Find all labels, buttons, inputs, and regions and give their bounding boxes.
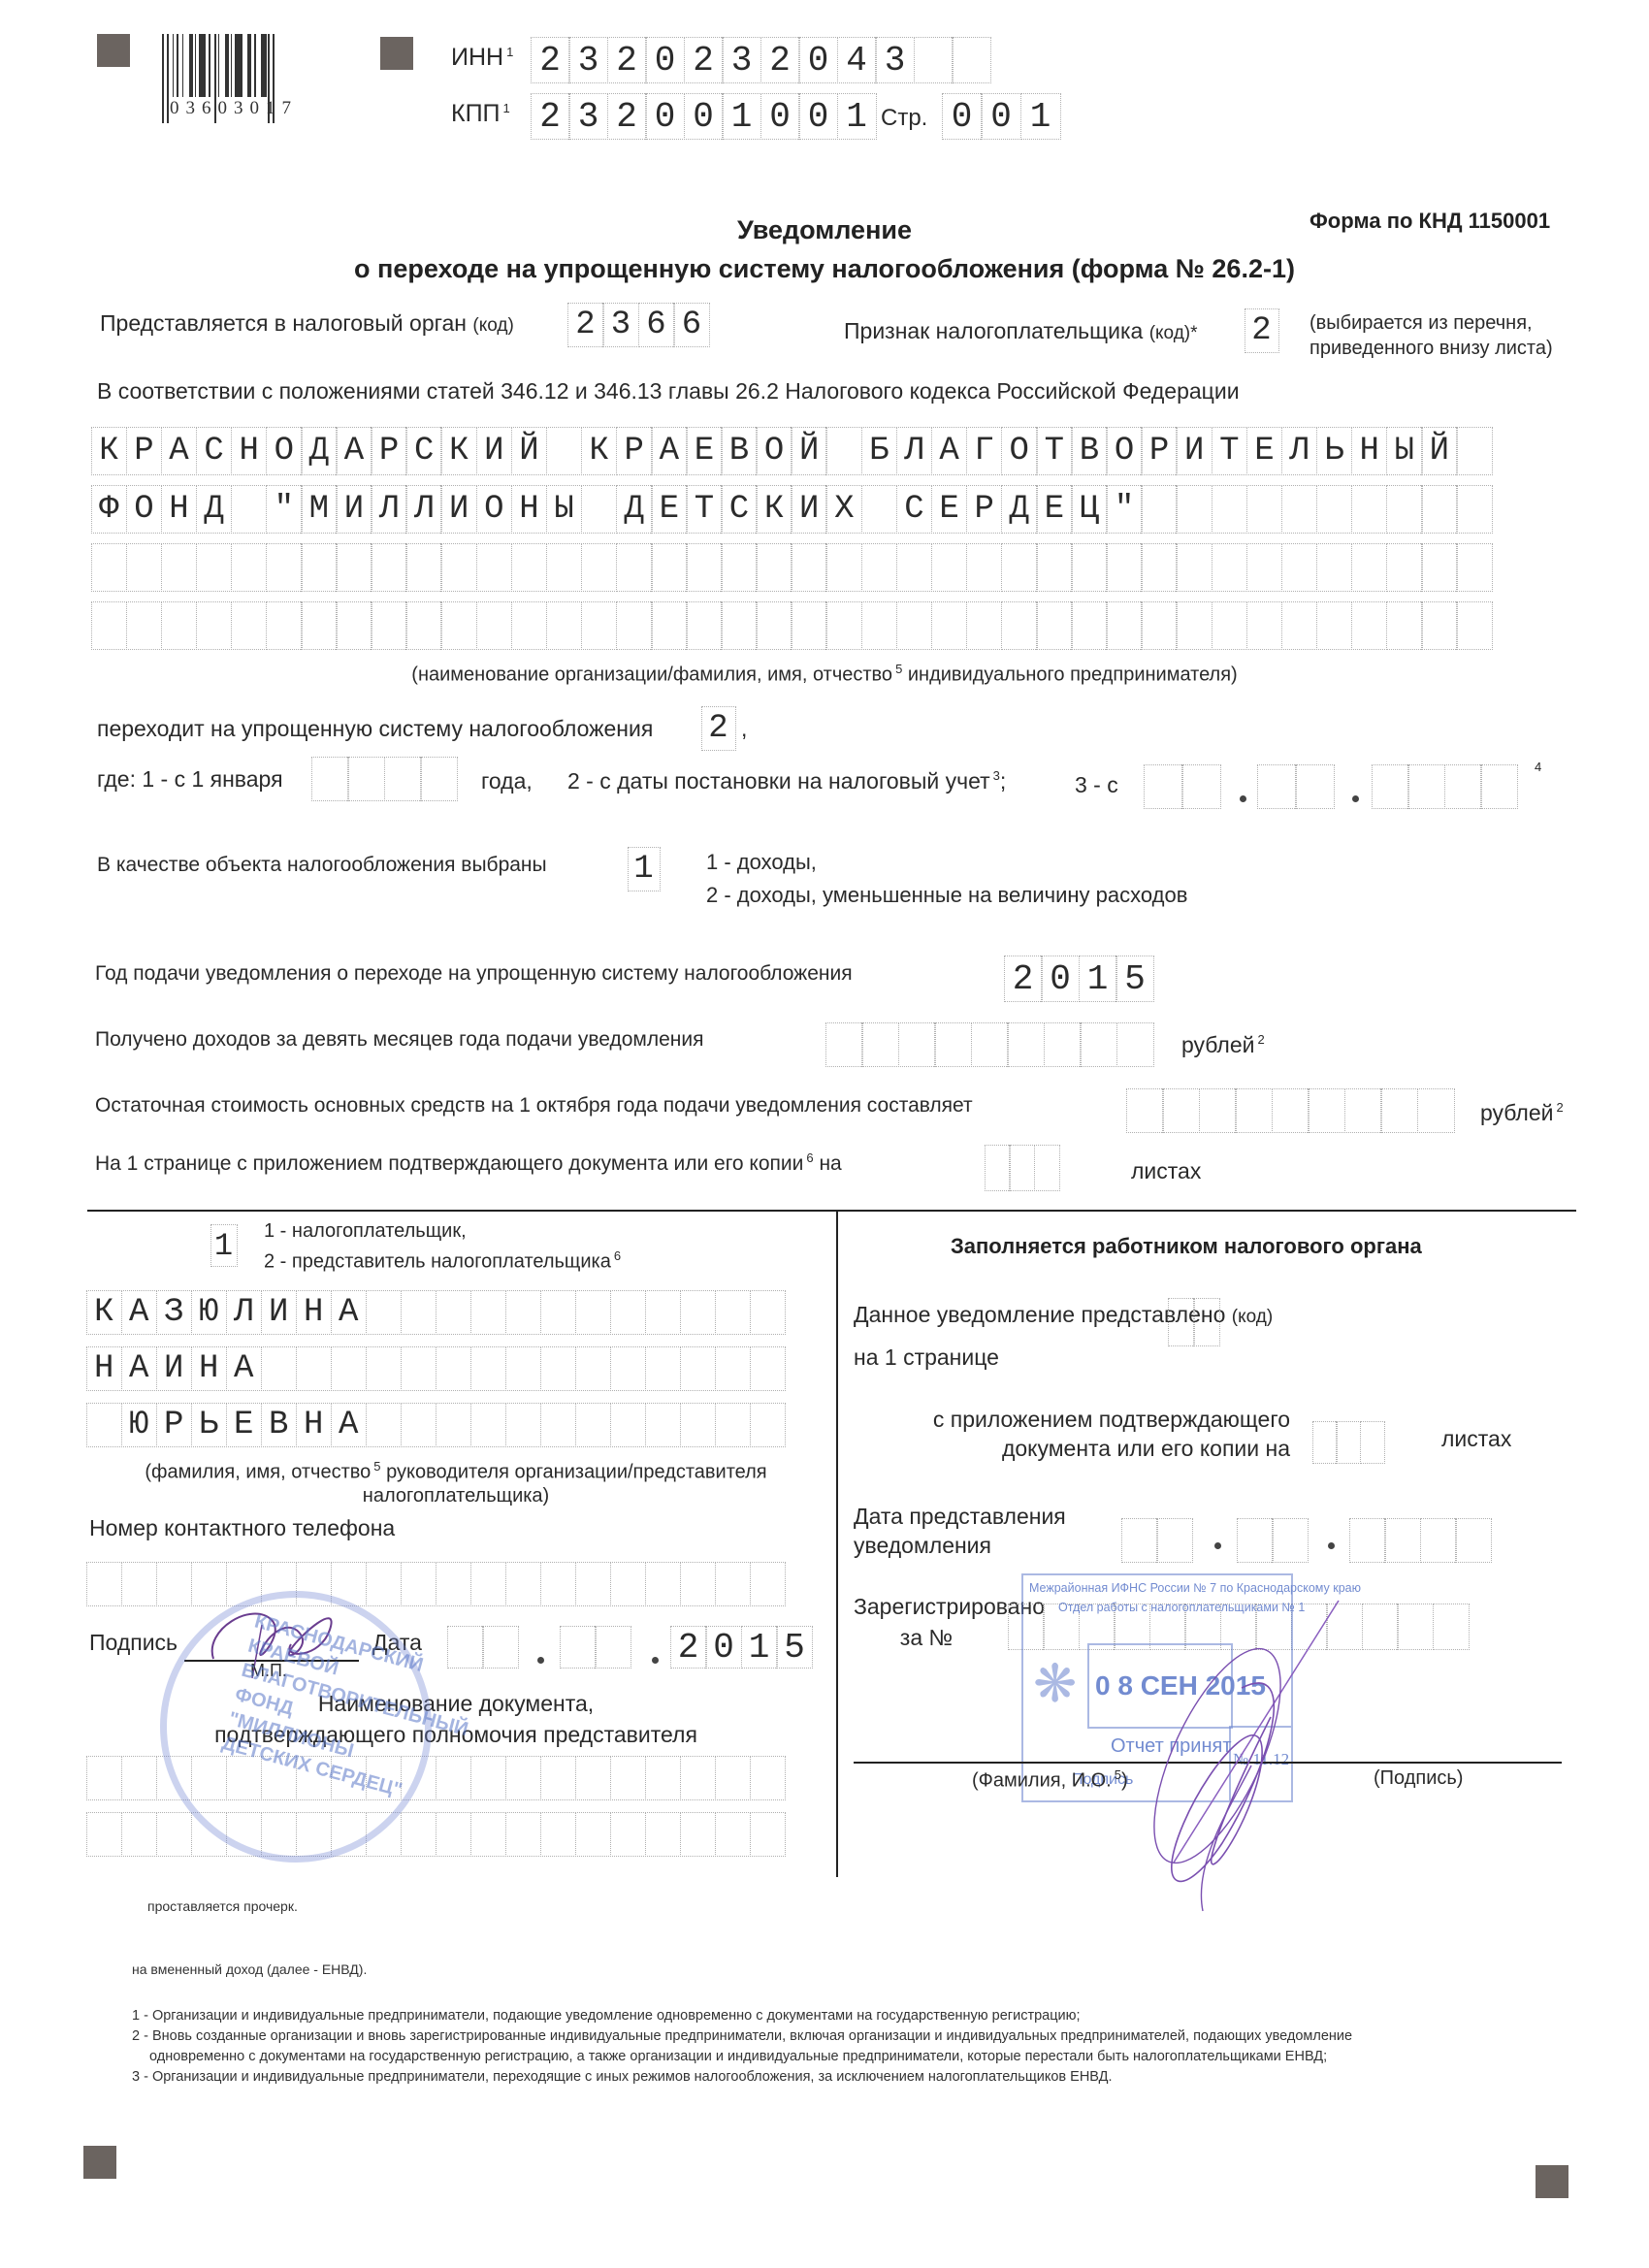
input-cell[interactable]: [261, 1346, 298, 1391]
input-cell[interactable]: [575, 1562, 612, 1606]
input-cell[interactable]: 3: [568, 93, 608, 140]
input-cell[interactable]: О: [756, 427, 792, 475]
input-cell[interactable]: 1: [722, 93, 761, 140]
input-cell[interactable]: 0: [942, 93, 983, 140]
input-cell[interactable]: [1007, 1022, 1045, 1067]
input-cell[interactable]: [436, 1346, 472, 1391]
input-cell[interactable]: Т: [1212, 427, 1248, 475]
input-cell[interactable]: [750, 1346, 787, 1391]
input-cell[interactable]: К: [86, 1290, 123, 1335]
input-cell[interactable]: К: [581, 427, 618, 475]
input-cell[interactable]: [861, 1022, 899, 1067]
input-cell[interactable]: [161, 601, 198, 650]
doc-field-row2[interactable]: [87, 1812, 786, 1857]
input-cell[interactable]: Е: [651, 485, 688, 534]
input-cell[interactable]: [505, 1290, 542, 1335]
input-cell[interactable]: Р: [126, 427, 163, 475]
input-cell[interactable]: 0: [981, 93, 1021, 140]
input-cell[interactable]: [231, 601, 268, 650]
input-cell[interactable]: 2: [670, 1626, 707, 1669]
input-cell[interactable]: Й: [1421, 427, 1458, 475]
input-cell[interactable]: [196, 543, 233, 592]
input-cell[interactable]: [1181, 764, 1221, 809]
input-cell[interactable]: [126, 543, 163, 592]
input-cell[interactable]: Ы: [546, 485, 583, 534]
input-cell[interactable]: [896, 601, 933, 650]
transition-day-field[interactable]: [1145, 764, 1221, 809]
taxpayer-sign-field[interactable]: 2: [1245, 308, 1279, 353]
input-cell[interactable]: [436, 1290, 472, 1335]
input-cell[interactable]: [1295, 764, 1335, 809]
input-cell[interactable]: [966, 543, 1003, 592]
input-cell[interactable]: [971, 1022, 1009, 1067]
input-cell[interactable]: [1212, 601, 1248, 650]
input-cell[interactable]: [1212, 543, 1248, 592]
input-cell[interactable]: [505, 1562, 542, 1606]
transition-month-field[interactable]: [1258, 764, 1335, 809]
input-cell[interactable]: [156, 1562, 193, 1606]
input-cell[interactable]: [931, 601, 968, 650]
input-cell[interactable]: [1036, 543, 1073, 592]
input-cell[interactable]: [1386, 485, 1423, 534]
organization-name-row[interactable]: КРАСНОДАРСКИЙКРАЕВОЙБЛАГОТВОРИТЕЛЬНЫЙ: [92, 427, 1493, 475]
input-cell[interactable]: Т: [1036, 427, 1073, 475]
input-cell[interactable]: Л: [1281, 427, 1318, 475]
input-cell[interactable]: ": [266, 485, 303, 534]
input-cell[interactable]: И: [476, 427, 513, 475]
input-cell[interactable]: А: [336, 427, 372, 475]
input-cell[interactable]: И: [440, 485, 477, 534]
input-cell[interactable]: Ь: [191, 1403, 228, 1447]
input-cell[interactable]: [616, 601, 653, 650]
input-cell[interactable]: [825, 1022, 863, 1067]
input-cell[interactable]: [1141, 601, 1178, 650]
input-cell[interactable]: 3: [568, 37, 608, 83]
input-cell[interactable]: Н: [296, 1290, 333, 1335]
input-cell[interactable]: [1106, 601, 1143, 650]
input-cell[interactable]: Й: [791, 427, 827, 475]
input-cell[interactable]: [336, 601, 372, 650]
input-cell[interactable]: [470, 1812, 507, 1857]
input-cell[interactable]: Д: [301, 427, 338, 475]
input-cell[interactable]: [1176, 543, 1212, 592]
input-cell[interactable]: [1316, 601, 1353, 650]
input-cell[interactable]: И: [336, 485, 372, 534]
input-cell[interactable]: [680, 1812, 717, 1857]
input-cell[interactable]: [546, 427, 583, 475]
input-cell[interactable]: Ы: [1386, 427, 1423, 475]
input-cell[interactable]: [756, 601, 792, 650]
input-cell[interactable]: [595, 1626, 631, 1669]
input-cell[interactable]: [1417, 1088, 1455, 1133]
signer-type-field[interactable]: 1: [211, 1224, 238, 1267]
input-cell[interactable]: Т: [686, 485, 723, 534]
input-cell[interactable]: [680, 1562, 717, 1606]
input-cell[interactable]: [715, 1562, 752, 1606]
input-cell[interactable]: [581, 601, 618, 650]
input-cell[interactable]: [616, 543, 653, 592]
input-cell[interactable]: З: [156, 1290, 193, 1335]
input-cell[interactable]: 3: [722, 37, 761, 83]
input-cell[interactable]: С: [896, 485, 933, 534]
organization-name-row[interactable]: ФОНД"МИЛЛИОНЫДЕТСКИХСЕРДЕЦ": [92, 485, 1493, 534]
input-cell[interactable]: [575, 1756, 612, 1800]
input-cell[interactable]: [680, 1403, 717, 1447]
organization-name-row[interactable]: [92, 601, 1493, 650]
input-cell[interactable]: Е: [1246, 427, 1283, 475]
input-cell[interactable]: [1456, 543, 1493, 592]
input-cell[interactable]: [331, 1346, 368, 1391]
input-cell[interactable]: [301, 601, 338, 650]
input-cell[interactable]: [1036, 601, 1073, 650]
input-cell[interactable]: [405, 543, 442, 592]
input-cell[interactable]: Р: [1141, 427, 1178, 475]
input-cell[interactable]: [366, 1346, 403, 1391]
input-cell[interactable]: К: [91, 427, 128, 475]
input-cell[interactable]: 4: [837, 37, 877, 83]
input-cell[interactable]: [1144, 764, 1183, 809]
input-cell[interactable]: [645, 1290, 682, 1335]
input-cell[interactable]: 0: [684, 93, 724, 140]
input-cell[interactable]: А: [931, 427, 968, 475]
input-cell[interactable]: [680, 1756, 717, 1800]
input-cell[interactable]: 6: [638, 303, 675, 347]
input-cell[interactable]: [750, 1812, 787, 1857]
input-cell[interactable]: Л: [226, 1290, 263, 1335]
submission-year-field[interactable]: [1350, 1518, 1492, 1563]
input-cell[interactable]: [470, 1346, 507, 1391]
input-cell[interactable]: Л: [896, 427, 933, 475]
input-cell[interactable]: [436, 1562, 472, 1606]
input-cell[interactable]: [540, 1562, 577, 1606]
input-cell[interactable]: [581, 543, 618, 592]
input-cell[interactable]: [1162, 1088, 1200, 1133]
input-cell[interactable]: 1: [1020, 93, 1061, 140]
input-cell[interactable]: [651, 601, 688, 650]
input-cell[interactable]: [540, 1403, 577, 1447]
input-cell[interactable]: [91, 543, 128, 592]
input-cell[interactable]: [680, 1346, 717, 1391]
input-cell[interactable]: [401, 1812, 437, 1857]
input-cell[interactable]: [1281, 485, 1318, 534]
input-cell[interactable]: [384, 757, 422, 801]
input-cell[interactable]: 0: [798, 93, 838, 140]
input-cell[interactable]: [898, 1022, 936, 1067]
input-cell[interactable]: [1455, 1518, 1492, 1563]
input-cell[interactable]: [301, 543, 338, 592]
input-cell[interactable]: [575, 1346, 612, 1391]
input-cell[interactable]: [1126, 1088, 1164, 1133]
input-cell[interactable]: [440, 601, 477, 650]
input-cell[interactable]: [311, 757, 349, 801]
input-cell[interactable]: [715, 1403, 752, 1447]
submission-day-field[interactable]: [1122, 1518, 1193, 1563]
input-cell[interactable]: [1246, 543, 1283, 592]
residual-field[interactable]: [1127, 1088, 1455, 1133]
tax-authority-code-field[interactable]: 2366: [568, 303, 710, 347]
input-cell[interactable]: [1212, 485, 1248, 534]
input-cell[interactable]: [896, 543, 933, 592]
input-cell[interactable]: 2: [760, 37, 800, 83]
input-cell[interactable]: 3: [602, 303, 639, 347]
input-cell[interactable]: [966, 601, 1003, 650]
input-cell[interactable]: И: [156, 1346, 193, 1391]
input-cell[interactable]: [750, 1403, 787, 1447]
input-cell[interactable]: [791, 543, 827, 592]
input-cell[interactable]: 0: [705, 1626, 742, 1669]
input-cell[interactable]: [371, 543, 407, 592]
input-cell[interactable]: [1384, 1518, 1421, 1563]
input-cell[interactable]: [1121, 1518, 1158, 1563]
page-number-field[interactable]: 001: [943, 93, 1061, 140]
input-cell[interactable]: [645, 1403, 682, 1447]
input-cell[interactable]: Ю: [191, 1290, 228, 1335]
input-cell[interactable]: [1351, 485, 1388, 534]
input-cell[interactable]: 0: [760, 93, 800, 140]
input-cell[interactable]: [1001, 543, 1038, 592]
input-cell[interactable]: [86, 1403, 123, 1447]
input-cell[interactable]: К: [440, 427, 477, 475]
input-cell[interactable]: [1456, 601, 1493, 650]
input-cell[interactable]: [715, 1290, 752, 1335]
input-cell[interactable]: А: [121, 1346, 158, 1391]
input-cell[interactable]: [861, 601, 898, 650]
input-cell[interactable]: Р: [616, 427, 653, 475]
input-cell[interactable]: [575, 1290, 612, 1335]
input-cell[interactable]: ": [1106, 485, 1143, 534]
input-cell[interactable]: [161, 543, 198, 592]
input-cell[interactable]: [610, 1756, 647, 1800]
input-cell[interactable]: [540, 1812, 577, 1857]
input-cell[interactable]: [476, 601, 513, 650]
input-cell[interactable]: 1: [741, 1626, 778, 1669]
input-cell[interactable]: 0: [645, 93, 685, 140]
input-cell[interactable]: 2: [567, 303, 604, 347]
input-cell[interactable]: [420, 757, 458, 801]
input-cell[interactable]: [470, 1290, 507, 1335]
input-cell[interactable]: [1336, 1421, 1361, 1464]
input-cell[interactable]: [470, 1403, 507, 1447]
input-cell[interactable]: [1316, 543, 1353, 592]
input-cell[interactable]: О: [476, 485, 513, 534]
input-cell[interactable]: [86, 1756, 123, 1800]
input-cell[interactable]: 2: [1004, 956, 1043, 1002]
input-cell[interactable]: [1246, 601, 1283, 650]
input-cell[interactable]: Б: [861, 427, 898, 475]
input-cell[interactable]: Н: [161, 485, 198, 534]
input-cell[interactable]: [1316, 485, 1353, 534]
input-cell[interactable]: Н: [86, 1346, 123, 1391]
input-cell[interactable]: [1156, 1518, 1193, 1563]
input-cell[interactable]: [1176, 485, 1212, 534]
input-cell[interactable]: [505, 1812, 542, 1857]
input-cell[interactable]: А: [651, 427, 688, 475]
input-cell[interactable]: [1235, 1088, 1273, 1133]
input-cell[interactable]: [1116, 1022, 1154, 1067]
input-cell[interactable]: [1001, 601, 1038, 650]
input-cell[interactable]: [1106, 543, 1143, 592]
input-cell[interactable]: И: [791, 485, 827, 534]
input-cell[interactable]: [1272, 1088, 1309, 1133]
input-cell[interactable]: [366, 1290, 403, 1335]
input-cell[interactable]: Н: [296, 1403, 333, 1447]
input-cell[interactable]: [1141, 543, 1178, 592]
input-cell[interactable]: [1351, 601, 1388, 650]
input-cell[interactable]: О: [1001, 427, 1038, 475]
input-cell[interactable]: Е: [1036, 485, 1073, 534]
input-cell[interactable]: [1344, 1088, 1382, 1133]
object-field[interactable]: 1: [629, 847, 661, 891]
kpp-field[interactable]: 232001001: [532, 93, 877, 140]
input-cell[interactable]: С: [405, 427, 442, 475]
input-cell[interactable]: 1: [210, 1224, 238, 1267]
input-cell[interactable]: [1281, 601, 1318, 650]
input-cell[interactable]: Й: [511, 427, 548, 475]
pages-field[interactable]: [986, 1145, 1060, 1191]
input-cell[interactable]: [1044, 1022, 1082, 1067]
input-cell[interactable]: [581, 485, 618, 534]
input-cell[interactable]: М: [301, 485, 338, 534]
input-cell[interactable]: [266, 601, 303, 650]
input-cell[interactable]: [645, 1562, 682, 1606]
input-cell[interactable]: [756, 543, 792, 592]
input-cell[interactable]: [645, 1346, 682, 1391]
input-cell[interactable]: А: [121, 1290, 158, 1335]
input-cell[interactable]: Л: [371, 485, 407, 534]
input-cell[interactable]: 1: [628, 847, 661, 891]
input-cell[interactable]: 2: [607, 37, 647, 83]
input-cell[interactable]: 2: [607, 93, 647, 140]
input-cell[interactable]: [231, 543, 268, 592]
input-cell[interactable]: [1080, 1022, 1117, 1067]
input-cell[interactable]: Н: [191, 1346, 228, 1391]
input-cell[interactable]: 0: [645, 37, 685, 83]
input-cell[interactable]: [1168, 1298, 1195, 1346]
input-cell[interactable]: Х: [825, 485, 862, 534]
attach-sheets-field[interactable]: [1313, 1421, 1385, 1464]
input-cell[interactable]: С: [721, 485, 758, 534]
input-cell[interactable]: [546, 601, 583, 650]
input-cell[interactable]: [610, 1403, 647, 1447]
input-cell[interactable]: [934, 1022, 972, 1067]
input-cell[interactable]: [86, 1812, 123, 1857]
input-cell[interactable]: В: [721, 427, 758, 475]
input-cell[interactable]: [952, 37, 991, 83]
input-cell[interactable]: С: [196, 427, 233, 475]
input-cell[interactable]: Ц: [1071, 485, 1108, 534]
input-cell[interactable]: [121, 1812, 158, 1857]
input-cell[interactable]: [1420, 1518, 1457, 1563]
input-cell[interactable]: [401, 1346, 437, 1391]
input-cell[interactable]: [121, 1756, 158, 1800]
input-cell[interactable]: [401, 1290, 437, 1335]
signer-name-field[interactable]: НАИНА: [87, 1346, 786, 1391]
input-cell[interactable]: [861, 485, 898, 534]
input-cell[interactable]: [436, 1812, 472, 1857]
input-cell[interactable]: [371, 601, 407, 650]
input-cell[interactable]: 2: [684, 37, 724, 83]
input-cell[interactable]: И: [1176, 427, 1212, 475]
input-cell[interactable]: [505, 1346, 542, 1391]
input-cell[interactable]: О: [126, 485, 163, 534]
income-field[interactable]: [826, 1022, 1154, 1067]
input-cell[interactable]: Р: [156, 1403, 193, 1447]
input-cell[interactable]: Е: [931, 485, 968, 534]
input-cell[interactable]: [1407, 764, 1445, 809]
input-cell[interactable]: 2: [531, 93, 570, 140]
input-cell[interactable]: [196, 601, 233, 650]
input-cell[interactable]: 5: [776, 1626, 813, 1669]
input-cell[interactable]: [715, 1346, 752, 1391]
input-cell[interactable]: [750, 1290, 787, 1335]
input-cell[interactable]: [401, 1403, 437, 1447]
input-cell[interactable]: [476, 543, 513, 592]
input-cell[interactable]: Н: [1351, 427, 1388, 475]
input-cell[interactable]: [791, 601, 827, 650]
input-cell[interactable]: [1351, 543, 1388, 592]
input-cell[interactable]: [1386, 601, 1423, 650]
input-cell[interactable]: [1380, 1088, 1418, 1133]
input-cell[interactable]: [1199, 1088, 1237, 1133]
input-cell[interactable]: 0: [798, 37, 838, 83]
input-cell[interactable]: [610, 1346, 647, 1391]
input-cell[interactable]: О: [266, 427, 303, 475]
input-cell[interactable]: [126, 601, 163, 650]
signer-patronymic-field[interactable]: ЮРЬЕВНА: [87, 1403, 786, 1447]
input-cell[interactable]: [645, 1812, 682, 1857]
input-cell[interactable]: Н: [511, 485, 548, 534]
input-cell[interactable]: [1386, 543, 1423, 592]
input-cell[interactable]: [914, 37, 954, 83]
input-cell[interactable]: [825, 601, 862, 650]
input-cell[interactable]: 2: [701, 706, 736, 751]
input-cell[interactable]: [610, 1562, 647, 1606]
input-cell[interactable]: [1281, 543, 1318, 592]
input-cell[interactable]: В: [261, 1403, 298, 1447]
input-cell[interactable]: [686, 543, 723, 592]
input-cell[interactable]: [505, 1403, 542, 1447]
transition-date-year-field[interactable]: [1373, 764, 1518, 809]
input-cell[interactable]: [1360, 1421, 1385, 1464]
input-cell[interactable]: Л: [405, 485, 442, 534]
input-cell[interactable]: [1257, 764, 1297, 809]
input-cell[interactable]: [1141, 485, 1178, 534]
input-cell[interactable]: В: [1071, 427, 1108, 475]
input-cell[interactable]: [1312, 1421, 1338, 1464]
input-cell[interactable]: [575, 1812, 612, 1857]
input-cell[interactable]: [1456, 427, 1493, 475]
input-cell[interactable]: [1421, 485, 1458, 534]
input-cell[interactable]: [1071, 543, 1108, 592]
input-cell[interactable]: 2: [1245, 308, 1279, 353]
input-cell[interactable]: [1009, 1145, 1035, 1191]
input-cell[interactable]: Р: [966, 485, 1003, 534]
input-cell[interactable]: [156, 1812, 193, 1857]
input-cell[interactable]: 1: [837, 93, 877, 140]
input-cell[interactable]: А: [331, 1290, 368, 1335]
input-cell[interactable]: Р: [371, 427, 407, 475]
input-cell[interactable]: Д: [196, 485, 233, 534]
input-cell[interactable]: 3: [875, 37, 915, 83]
input-cell[interactable]: 0: [1041, 956, 1080, 1002]
input-cell[interactable]: [1246, 485, 1283, 534]
phone-field[interactable]: [87, 1562, 786, 1606]
input-cell[interactable]: Д: [616, 485, 653, 534]
input-cell[interactable]: [91, 601, 128, 650]
input-cell[interactable]: 2: [531, 37, 570, 83]
input-cell[interactable]: Е: [686, 427, 723, 475]
input-cell[interactable]: [440, 543, 477, 592]
